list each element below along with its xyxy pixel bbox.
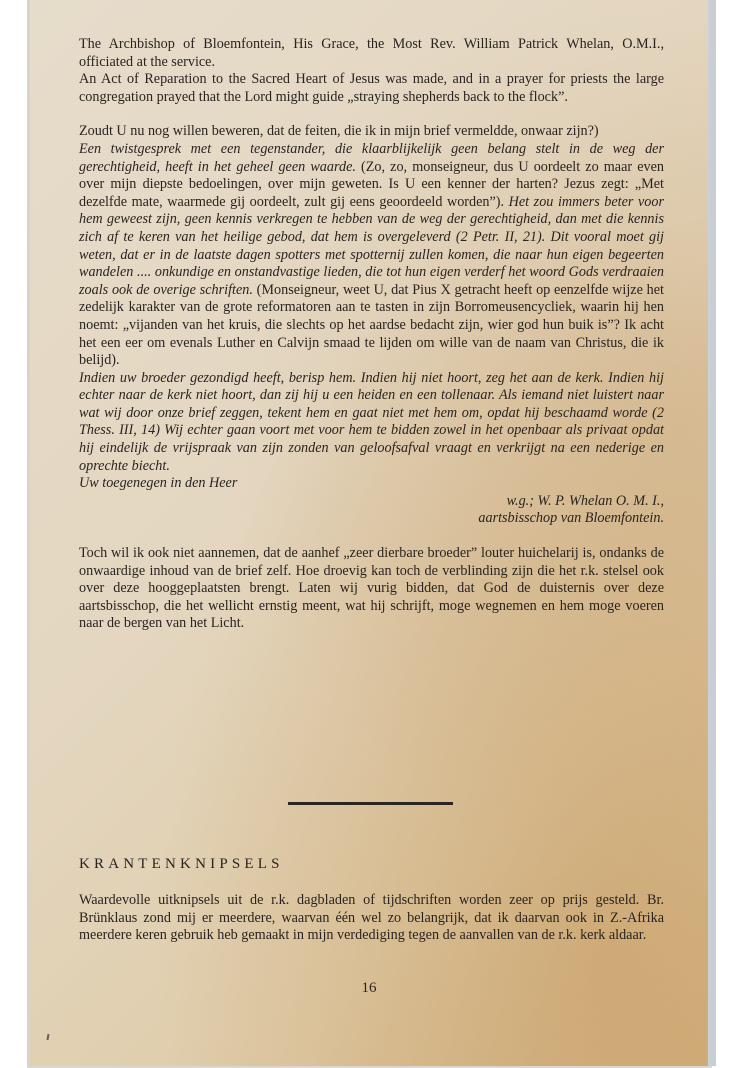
paragraph-admonition: Indien uw broeder gezondigd heeft, beris… [79, 370, 664, 476]
paragraph-quoted-letter: Een twistgesprek met een tegenstander, d… [79, 141, 664, 370]
section-text: Waardevolle uitknipsels uit de r.k. dagb… [79, 892, 664, 945]
section-heading: KRANTENKNIPSELS [79, 856, 284, 873]
signature-title: aartsbisschop van Bloemfontein. [79, 510, 664, 528]
paragraph-act-of-reparation: An Act of Reparation to the Sacred Heart… [79, 71, 664, 106]
paragraph-archbishop: The Archbishop of Bloemfontein, His Grac… [79, 36, 664, 71]
paragraph-reflection: Toch wil ik ook niet aannemen, dat de aa… [79, 545, 664, 633]
paragraph-question: Zoudt U nu nog willen beweren, dat de fe… [79, 123, 664, 141]
letter-closing: Uw toegenegen in den Heer [79, 475, 664, 493]
page-body: The Archbishop of Bloemfontein, His Grac… [79, 36, 664, 633]
page-edge [710, 0, 716, 1066]
signature-name: w.g.; W. P. Whelan O. M. I., [79, 493, 664, 511]
paragraph-gap [79, 528, 664, 545]
paragraph-gap [79, 106, 664, 123]
page-number: 16 [0, 980, 738, 997]
section-divider [288, 802, 453, 805]
